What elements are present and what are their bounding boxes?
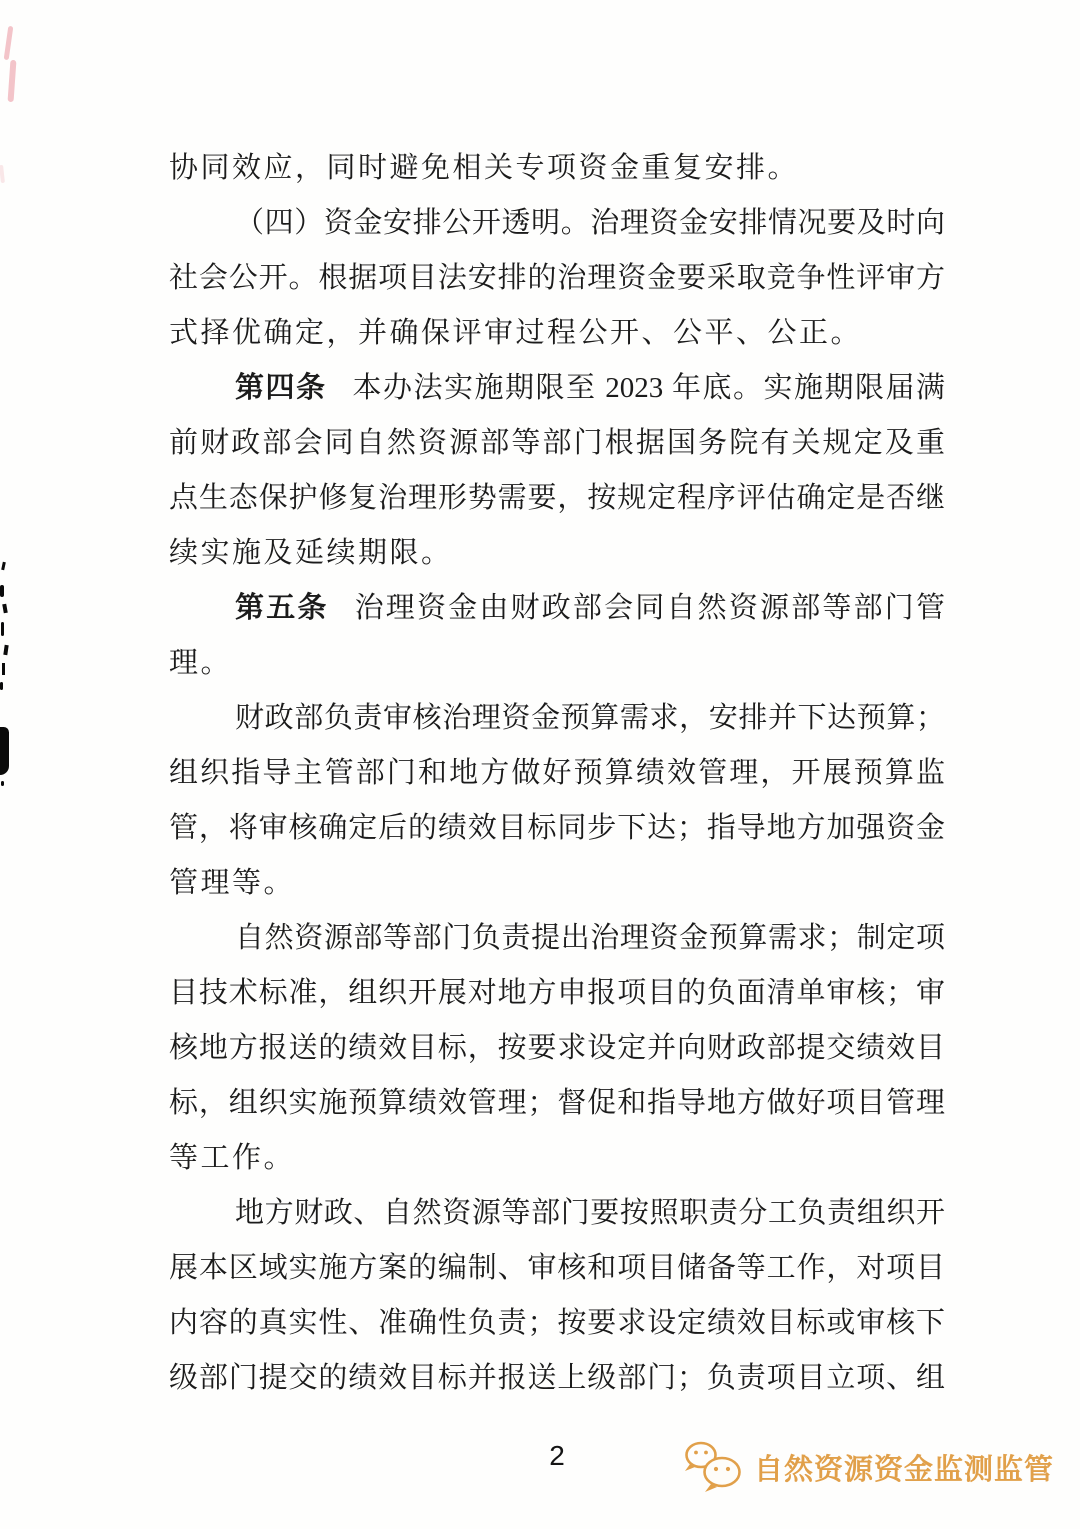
- text-line: 内容的真实性、准确性负责；按要求设定绩效目标或审核下: [169, 1296, 945, 1351]
- text-line: 社会公开。根据项目法安排的治理资金要采取竞争性评审方: [169, 251, 945, 306]
- text-line: 核地方报送的绩效目标，按要求设定并向财政部提交绩效目: [169, 1021, 945, 1076]
- text-line: 等工作。: [169, 1131, 945, 1186]
- article-number: 第五条: [235, 592, 329, 624]
- text-run: 前财政部会同自然资源部等部门根据国务院有关规定及重: [169, 427, 945, 459]
- text-line: 地方财政、自然资源等部门要按照职责分工负责组织开: [169, 1186, 945, 1241]
- text-run: 标，组织实施预算绩效管理；督促和指导地方做好项目管理: [169, 1087, 945, 1119]
- text-line: 财政部负责审核治理资金预算需求，安排并下达预算；: [169, 691, 945, 746]
- text-run: 续实施及延续期限。: [169, 537, 453, 569]
- text-run: 地方财政、自然资源等部门要按照职责分工负责组织开: [235, 1197, 945, 1229]
- text-line: 点生态保护修复治理形势需要，按规定程序评估确定是否继: [169, 471, 945, 526]
- text-run: 式择优确定，并确保评审过程公开、公平、公正。: [169, 317, 862, 349]
- text-run: （四）资金安排公开透明。治理资金安排情况要及时向: [235, 207, 945, 239]
- text-line: 前财政部会同自然资源部等部门根据国务院有关规定及重: [169, 416, 945, 471]
- text-line: 协同效应，同时避免相关专项资金重复安排。: [169, 141, 945, 196]
- text-line: 组织指导主管部门和地方做好预算绩效管理，开展预算监: [169, 746, 945, 801]
- text-run: 核地方报送的绩效目标，按要求设定并向财政部提交绩效目: [169, 1032, 945, 1064]
- scan-artifact-ink: [2, 604, 8, 614]
- text-run: 协同效应，同时避免相关专项资金重复安排。: [169, 152, 799, 184]
- text-run: 管理等。: [169, 867, 295, 899]
- scan-artifact-ink: [1, 562, 6, 570]
- scanned-document-page: 协同效应，同时避免相关专项资金重复安排。（四）资金安排公开透明。治理资金安排情况…: [0, 0, 1080, 1529]
- scan-artifact-pink: [8, 60, 17, 102]
- text-run: 展本区域实施方案的编制、审核和项目储备等工作，对项目: [169, 1252, 945, 1284]
- scan-artifact-ink: [0, 682, 3, 690]
- text-run: 财政部负责审核治理资金预算需求，安排并下达预算；: [235, 702, 945, 734]
- text-line: 管理等。: [169, 856, 945, 911]
- watermark-label: 自然资源资金监测监管: [754, 1447, 1054, 1488]
- text-line: （四）资金安排公开透明。治理资金安排情况要及时向: [169, 196, 945, 251]
- text-run: 内容的真实性、准确性负责；按要求设定绩效目标或审核下: [169, 1307, 945, 1339]
- text-run: 治理资金由财政部会同自然资源部等部门管: [355, 592, 945, 624]
- text-line: 续实施及延续期限。: [169, 526, 945, 581]
- document-lines: 协同效应，同时避免相关专项资金重复安排。（四）资金安排公开透明。治理资金安排情况…: [169, 141, 945, 1406]
- text-line: 理。: [169, 636, 945, 691]
- text-line: 目技术标准，组织开展对地方申报项目的负面清单审核；审: [169, 966, 945, 1021]
- text-line: 标，组织实施预算绩效管理；督促和指导地方做好项目管理: [169, 1076, 945, 1131]
- text-line: 展本区域实施方案的编制、审核和项目储备等工作，对项目: [169, 1241, 945, 1296]
- scan-artifact-ink: [3, 645, 8, 655]
- text-line: 式择优确定，并确保评审过程公开、公平、公正。: [169, 306, 945, 361]
- wechat-icon: [682, 1441, 744, 1493]
- text-line: 第四条本办法实施期限至 2023 年底。实施期限届满: [169, 361, 945, 416]
- scan-artifact-ink: [0, 585, 4, 597]
- text-line: 第五条治理资金由财政部会同自然资源部等部门管: [169, 581, 945, 636]
- text-run: 等工作。: [169, 1142, 295, 1174]
- text-run: 自然资源部等部门负责提出治理资金预算需求；制定项: [235, 922, 945, 954]
- text-line: 级部门提交的绩效目标并报送上级部门；负责项目立项、组: [169, 1351, 945, 1406]
- text-run: 级部门提交的绩效目标并报送上级部门；负责项目立项、组: [169, 1362, 945, 1394]
- text-line: 管，将审核确定后的绩效目标同步下达；指导地方加强资金: [169, 801, 945, 856]
- text-run: 本办法实施期限至 2023 年底。实施期限届满: [353, 372, 945, 404]
- article-number: 第四条: [235, 372, 327, 404]
- text-run: 管，将审核确定后的绩效目标同步下达；指导地方加强资金: [169, 812, 945, 844]
- watermark: 自然资源资金监测监管: [682, 1441, 1054, 1493]
- scan-artifact-ink: [2, 663, 5, 675]
- scan-artifact-ink: [1, 781, 4, 786]
- text-run: 目技术标准，组织开展对地方申报项目的负面清单审核；审: [169, 977, 945, 1009]
- scan-artifact-pink: [0, 165, 5, 183]
- text-run: 点生态保护修复治理形势需要，按规定程序评估确定是否继: [169, 482, 945, 514]
- text-line: 自然资源部等部门负责提出治理资金预算需求；制定项: [169, 911, 945, 966]
- text-run: 组织指导主管部门和地方做好预算绩效管理，开展预算监: [169, 757, 945, 789]
- scan-artifact-pink: [4, 26, 14, 60]
- text-run: 理。: [169, 647, 232, 679]
- text-run: 社会公开。根据项目法安排的治理资金要采取竞争性评审方: [169, 262, 945, 294]
- scan-artifact-ink: [1, 622, 4, 636]
- scan-artifact-ink-blob: [0, 727, 9, 775]
